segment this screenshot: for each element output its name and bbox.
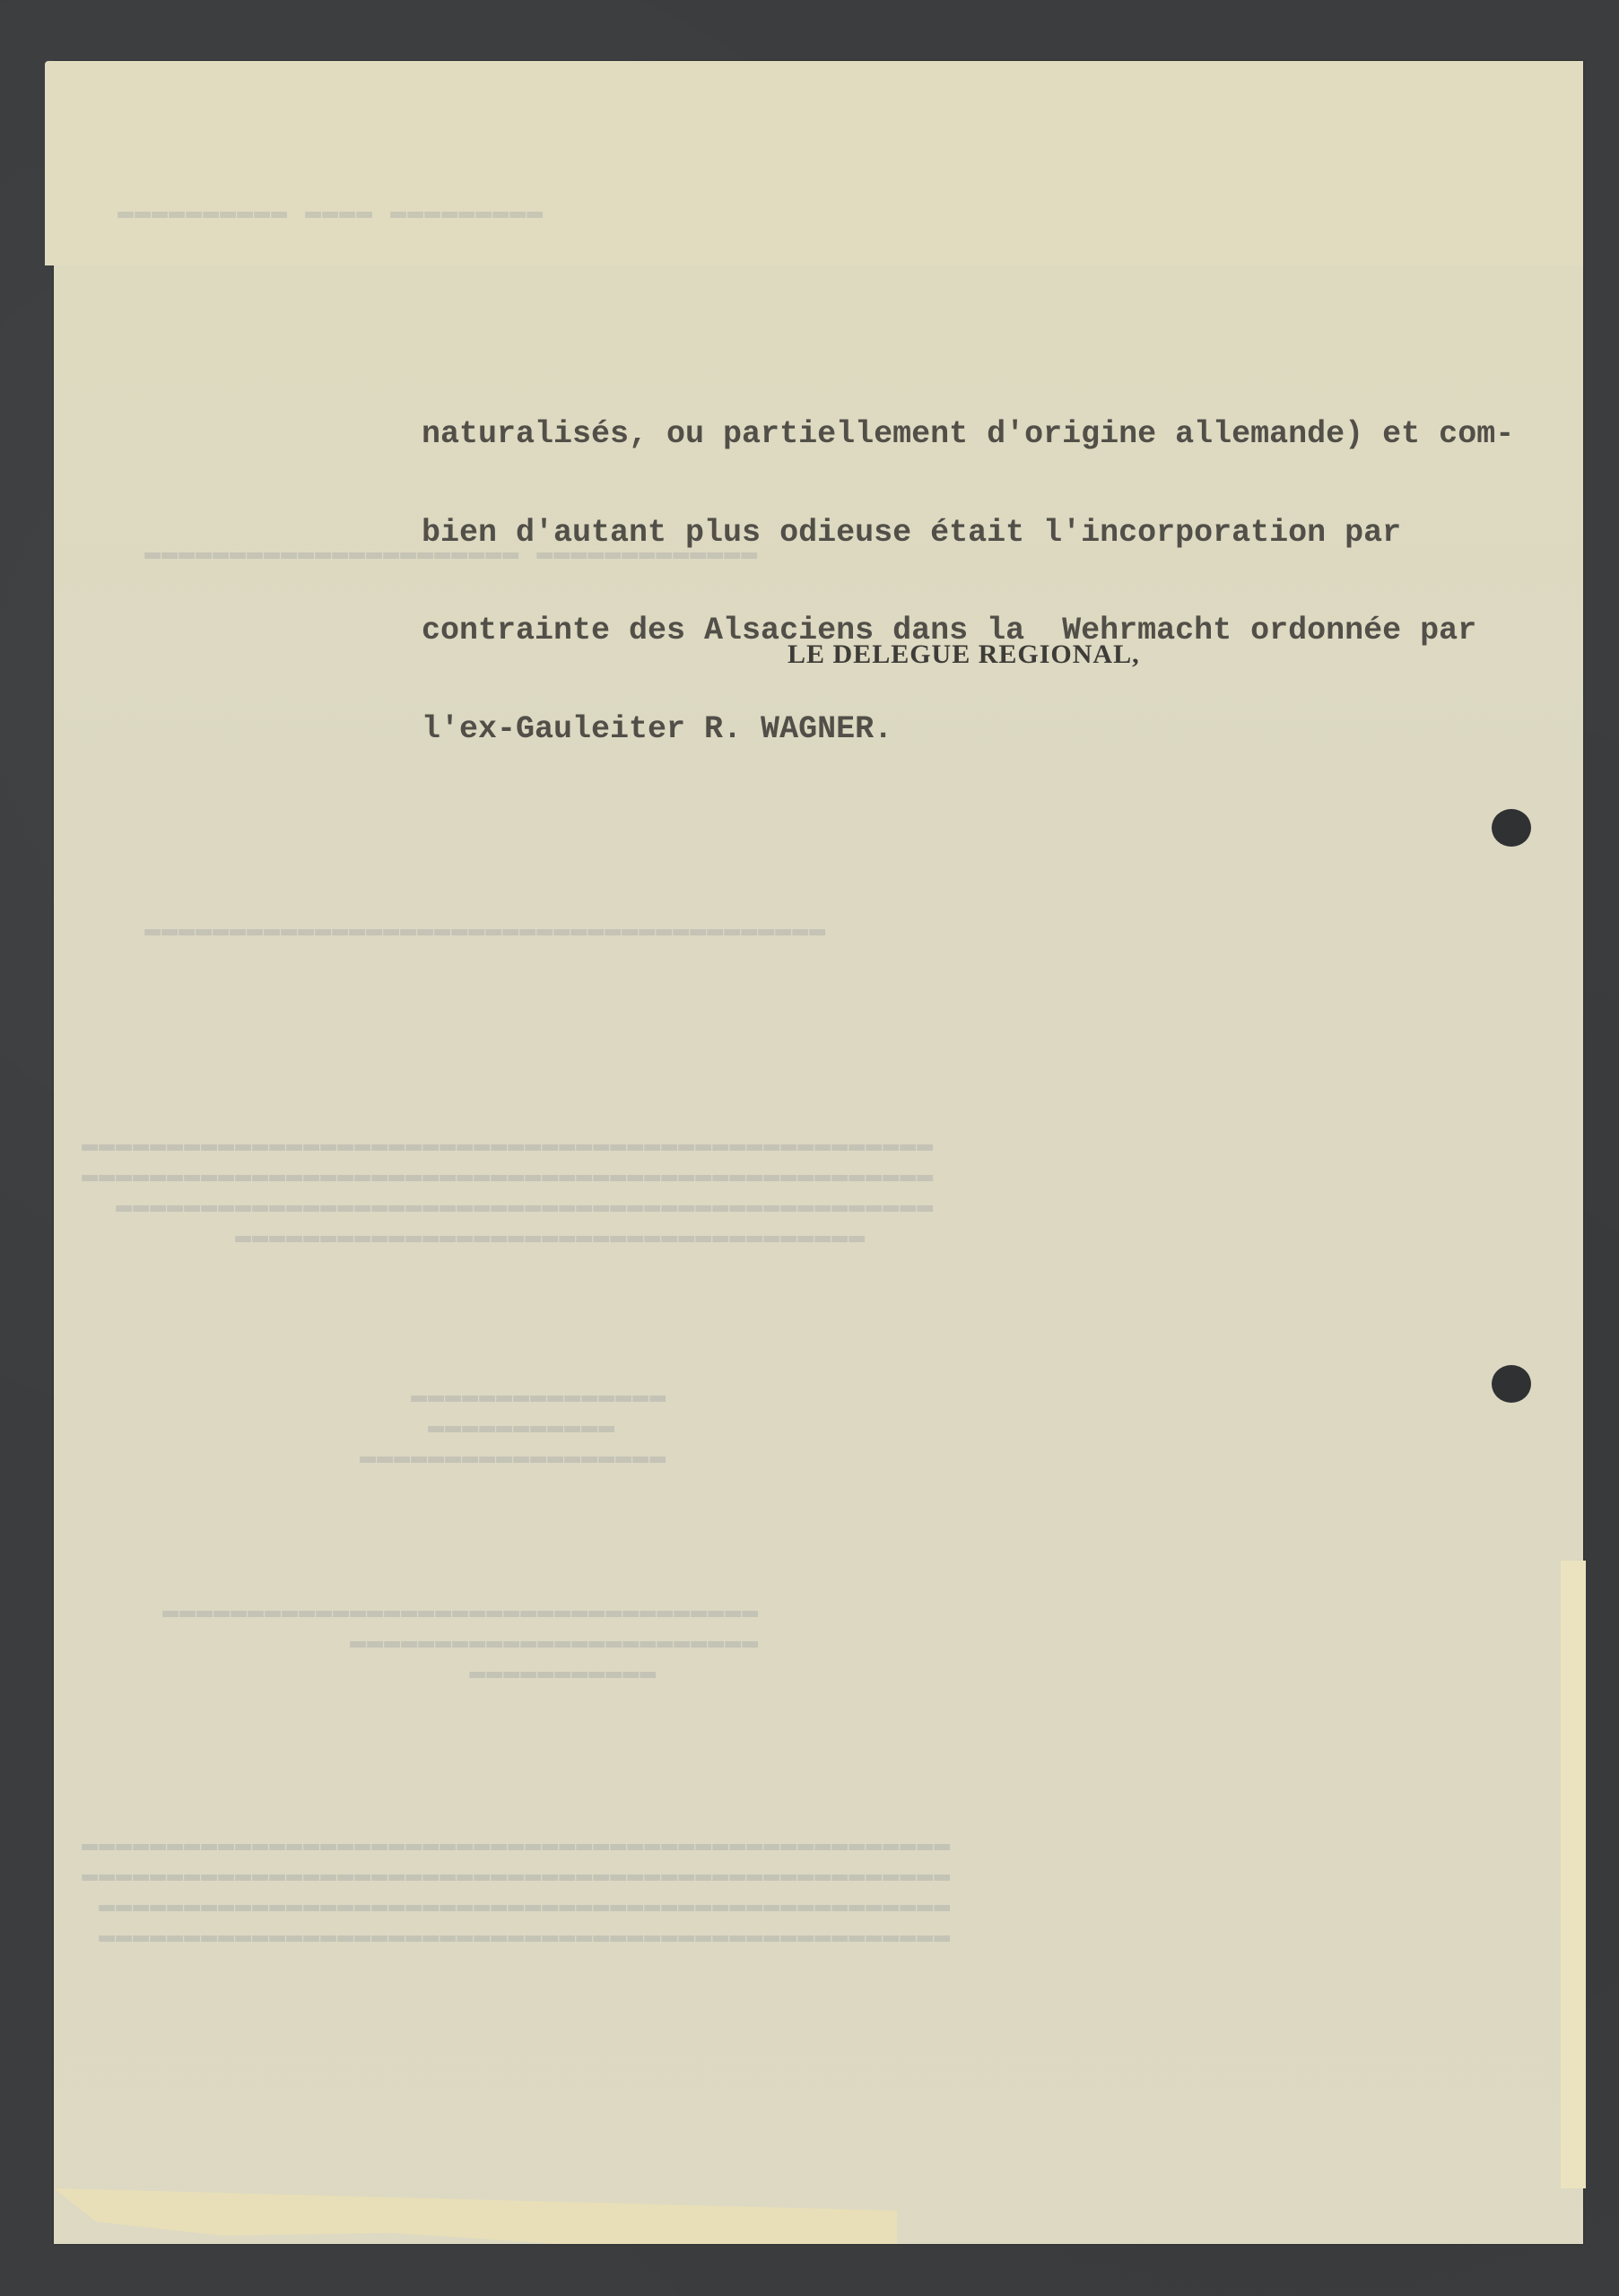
bleed-through-text: ▬▬▬▬▬▬▬▬▬▬▬▬▬▬▬▬▬▬▬▬▬▬▬▬▬▬▬▬▬▬▬▬▬▬▬▬▬▬▬▬ — [144, 915, 825, 945]
body-line: naturalisés, ou partiellement d'origine … — [422, 418, 1514, 451]
body-line: bien d'autant plus odieuse était l'incor… — [422, 517, 1514, 550]
body-paragraph: naturalisés, ou partiellement d'origine … — [422, 352, 1514, 778]
signature-title: LE DELEGUE REGIONAL, — [788, 639, 1140, 670]
paper-top-strip — [45, 61, 1583, 265]
bleed-through-text: ▬▬▬▬▬▬▬▬▬▬▬▬▬▬▬ ▬▬▬▬▬▬▬▬▬▬▬ ▬▬▬▬▬▬▬▬▬▬▬▬… — [359, 1381, 666, 1473]
punch-hole-top — [1492, 809, 1531, 847]
body-line: l'ex-Gauleiter R. WAGNER. — [422, 713, 1514, 746]
bleed-through-text: ▬▬▬▬▬▬▬▬▬▬▬▬▬▬▬▬▬▬▬▬▬▬▬▬▬▬▬▬▬▬▬▬▬▬▬▬▬▬▬▬… — [81, 1130, 933, 1252]
bleed-through-text: ▬▬▬▬▬▬▬▬▬ ▬▬▬▬ ▬▬▬▬▬▬▬▬▬▬ — [117, 197, 543, 228]
bleed-through-text: ▬▬▬▬▬▬▬▬▬▬▬▬▬▬▬▬▬▬▬▬▬▬▬▬▬▬▬▬▬▬▬▬▬▬▬ ▬▬▬▬… — [161, 1596, 758, 1688]
bleed-through-text: ▬▬▬▬▬▬▬▬▬▬▬▬▬▬▬▬▬▬▬▬▬▬▬▬▬▬▬▬▬▬▬▬▬▬▬▬▬▬▬▬… — [81, 1830, 950, 1952]
paper-right-fold — [1561, 1561, 1586, 2188]
punch-hole-bottom — [1492, 1365, 1531, 1403]
